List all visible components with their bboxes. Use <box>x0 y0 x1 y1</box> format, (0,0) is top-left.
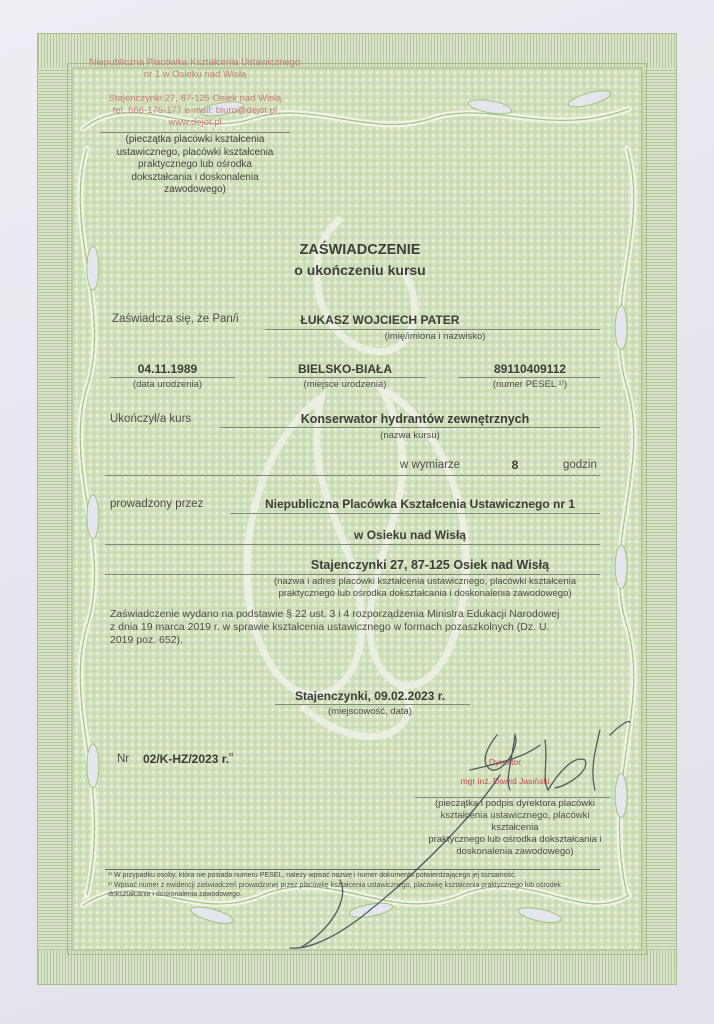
director-caption: (pieczątka i podpis dyrektora placówki k… <box>420 798 610 858</box>
number-label: Nr <box>117 753 129 765</box>
birth-place-hint: (miejsce urodzenia) <box>265 379 425 390</box>
stamp-underline <box>100 132 290 133</box>
stamp-line: Stajenczynki 27, 87-125 Osiek nad Wisłą <box>85 93 305 105</box>
document-subtitle: o ukończeniu kursu <box>200 262 520 278</box>
full-name-hint: (imię/imiona i nazwisko) <box>360 331 510 342</box>
issue-place-date-hint: (miejscowość, data) <box>290 706 450 717</box>
provider-line-3 <box>105 574 600 575</box>
caption-line: zawodowego) <box>100 184 290 197</box>
caption-line: praktycznego lub ośrodka <box>100 159 290 172</box>
issue-place-date: Stajenczynki, 09.02.2023 r. <box>260 689 480 703</box>
caption-line: (pieczątka i podpis dyrektora placówki <box>420 798 610 810</box>
footnote-separator <box>105 869 600 870</box>
footnote-2-cont: dokształcania i doskonalenia zawodowego. <box>108 890 608 900</box>
course-name-value: Konserwator hydrantów zewnętrznych <box>230 412 600 426</box>
provider-line-1 <box>230 513 600 514</box>
hours-unit: godzin <box>563 459 597 471</box>
document-title: ZAŚWIADCZENIE <box>200 242 520 258</box>
director-name: mgr inż. Dawid Jasiński <box>450 776 560 787</box>
provider-address: Stajenczynki 27, 87-125 Osiek nad Wisłą <box>250 558 610 572</box>
legal-line: Zaświadczenie wydano na podstawie § 22 u… <box>110 608 610 621</box>
pesel-value: 89110409112 <box>460 362 600 376</box>
provider-name-line1: Niepubliczna Placówka Kształcenia Ustawi… <box>240 497 600 511</box>
stamp-line: Niepubliczna Placówka Kształcenia Ustawi… <box>85 57 305 69</box>
intro-label: Zaświadcza się, że Pan/i <box>112 313 239 325</box>
stamp-line: tel. 666-176-177 e-mail: biuro@dejot.pl <box>85 105 305 117</box>
birth-place-value: BIELSKO-BIAŁA <box>265 362 425 376</box>
footnote-2: ²⁾ Wpisać numer z ewidencji zaświadczeń … <box>108 881 608 891</box>
footnote-1: ¹⁾ W przypadku osoby, która nie posiada … <box>108 871 608 881</box>
provider-line-2 <box>105 544 600 545</box>
footnotes: ¹⁾ W przypadku osoby, która nie posiada … <box>108 871 608 900</box>
legal-line: z dnia 19 marca 2019 r. w sprawie kształ… <box>110 621 610 634</box>
director-title: Dyrektor <box>450 757 560 768</box>
caption-line: praktycznego lub ośrodka dokształcania i <box>420 834 610 846</box>
caption-line: doskonalenia zawodowego) <box>420 846 610 858</box>
hours-value: 8 <box>495 458 535 472</box>
provider-label: prowadzony przez <box>110 498 203 510</box>
birth-date-value: 04.11.1989 <box>100 362 235 376</box>
course-name-line <box>220 427 600 428</box>
stamp-line: www.dejot.pl <box>85 117 305 129</box>
birth-place-line <box>268 377 426 378</box>
caption-line: ustawicznego, placówki kształcenia <box>100 147 290 160</box>
course-label: Ukończył/a kurs <box>110 413 191 425</box>
certificate-number-value: 02/K-HZ/2023 r. <box>143 752 229 766</box>
full-name-value: ŁUKASZ WOJCIECH PATER <box>260 313 500 327</box>
stamp-line: nr 1 w Osieku nad Wisłą <box>85 69 305 81</box>
institution-stamp: Niepubliczna Placówka Kształcenia Ustawi… <box>85 57 305 129</box>
number-footnote-mark: ²⁾ <box>229 753 233 760</box>
issue-place-date-line <box>275 704 470 705</box>
course-name-hint: (nazwa kursu) <box>360 430 460 441</box>
birth-date-line <box>110 377 235 378</box>
full-name-line <box>265 329 600 330</box>
provider-name-line2: w Osieku nad Wisłą <box>240 528 580 542</box>
director-stamp: Dyrektor mgr inż. Dawid Jasiński <box>450 757 560 787</box>
hint-line: praktycznego lub ośrodka dokształcania i… <box>250 588 600 600</box>
legal-basis: Zaświadczenie wydano na podstawie § 22 u… <box>110 608 610 647</box>
duration-line <box>105 475 600 476</box>
pesel-line <box>458 377 600 378</box>
caption-line: dokształcania i doskonalenia <box>100 172 290 185</box>
legal-line: 2019 poz. 652). <box>110 634 610 647</box>
stamp-caption: (pieczątka placówki kształcenia ustawicz… <box>100 134 290 197</box>
certificate-number: 02/K-HZ/2023 r.²⁾ <box>143 752 233 766</box>
caption-line: (pieczątka placówki kształcenia <box>100 134 290 147</box>
hint-line: (nazwa i adres placówki kształcenia usta… <box>250 576 600 588</box>
pesel-hint: (numer PESEL ¹⁾) <box>460 379 600 390</box>
birth-date-hint: (data urodzenia) <box>100 379 235 390</box>
caption-line: kształcenia ustawicznego, placówki kszta… <box>420 810 610 834</box>
duration-label: w wymiarze <box>400 459 460 471</box>
provider-hint: (nazwa i adres placówki kształcenia usta… <box>250 576 600 599</box>
